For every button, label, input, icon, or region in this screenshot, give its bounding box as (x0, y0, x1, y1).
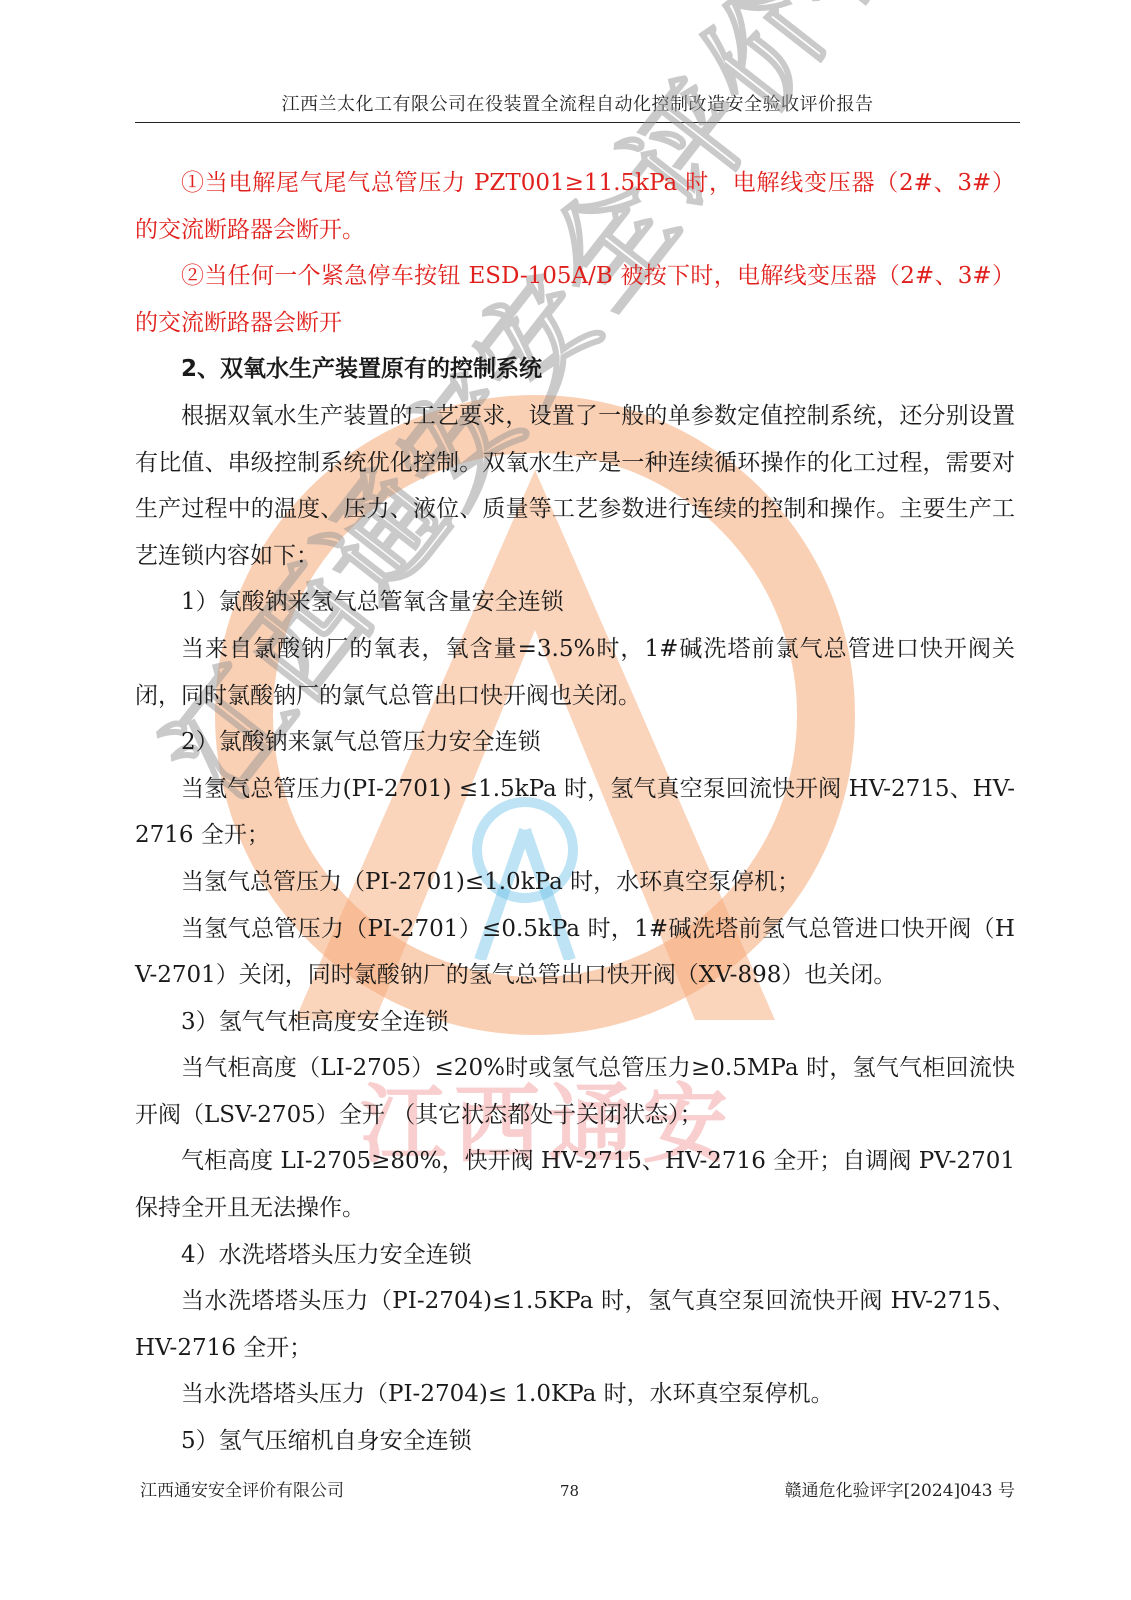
section-heading: 2、双氧水生产装置原有的控制系统 (135, 346, 1015, 393)
page-footer: 江西通安安全评价有限公司 78 赣通危化验评字[2024]043 号 (135, 1478, 1015, 1504)
footer-company: 江西通安安全评价有限公司 (140, 1478, 344, 1504)
paragraph: 当来自氯酸钠厂的氧表，氧含量=3.5%时，1#碱洗塔前氯气总管进口快开阀关闭，同… (135, 626, 1015, 719)
paragraph: 当水洗塔塔头压力（PI-2704)≤ 1.0KPa 时，水环真空泵停机。 (135, 1371, 1015, 1418)
document-page: 江西兰太化工有限公司在役装置全流程自动化控制改造安全验收评价报告 江西通安 江西… (0, 0, 1131, 1600)
subheading-3: 3）氢气气柜高度安全连锁 (135, 999, 1015, 1046)
subheading-1: 1）氯酸钠来氢气总管氧含量安全连锁 (135, 579, 1015, 626)
paragraph: 气柜高度 LI-2705≥80%，快开阀 HV-2715、HV-2716 全开；… (135, 1138, 1015, 1231)
interlock-item-2: ②当任何一个紧急停车按钮 ESD-105A/B 被按下时，电解线变压器（2#、3… (135, 253, 1015, 346)
subheading-5: 5）氢气压缩机自身安全连锁 (135, 1418, 1015, 1465)
paragraph-intro: 根据双氧水生产装置的工艺要求，设置了一般的单参数定值控制系统，还分别设置有比值、… (135, 393, 1015, 579)
paragraph: 当气柜高度（LI-2705）≤20%时或氢气总管压力≥0.5MPa 时，氢气气柜… (135, 1045, 1015, 1138)
paragraph: 当氢气总管压力（PI-2701）≤0.5kPa 时，1#碱洗塔前氢气总管进口快开… (135, 906, 1015, 999)
body-content: ①当电解尾气尾气总管压力 PZT001≥11.5kPa 时，电解线变压器（2#、… (135, 160, 1015, 1465)
paragraph: 当氢气总管压力（PI-2701)≤1.0kPa 时，水环真空泵停机； (135, 859, 1015, 906)
interlock-item-1: ①当电解尾气尾气总管压力 PZT001≥11.5kPa 时，电解线变压器（2#、… (135, 160, 1015, 253)
page-number: 78 (560, 1478, 579, 1504)
paragraph: 当氢气总管压力(PI-2701) ≤1.5kPa 时，氢气真空泵回流快开阀 HV… (135, 766, 1015, 859)
page-header: 江西兰太化工有限公司在役装置全流程自动化控制改造安全验收评价报告 (135, 92, 1020, 123)
report-number: 赣通危化验评字[2024]043 号 (785, 1478, 1015, 1504)
subheading-4: 4）水洗塔塔头压力安全连锁 (135, 1232, 1015, 1279)
report-title: 江西兰太化工有限公司在役装置全流程自动化控制改造安全验收评价报告 (282, 94, 874, 115)
subheading-2: 2）氯酸钠来氯气总管压力安全连锁 (135, 719, 1015, 766)
paragraph: 当水洗塔塔头压力（PI-2704)≤1.5KPa 时，氢气真空泵回流快开阀 HV… (135, 1278, 1015, 1371)
